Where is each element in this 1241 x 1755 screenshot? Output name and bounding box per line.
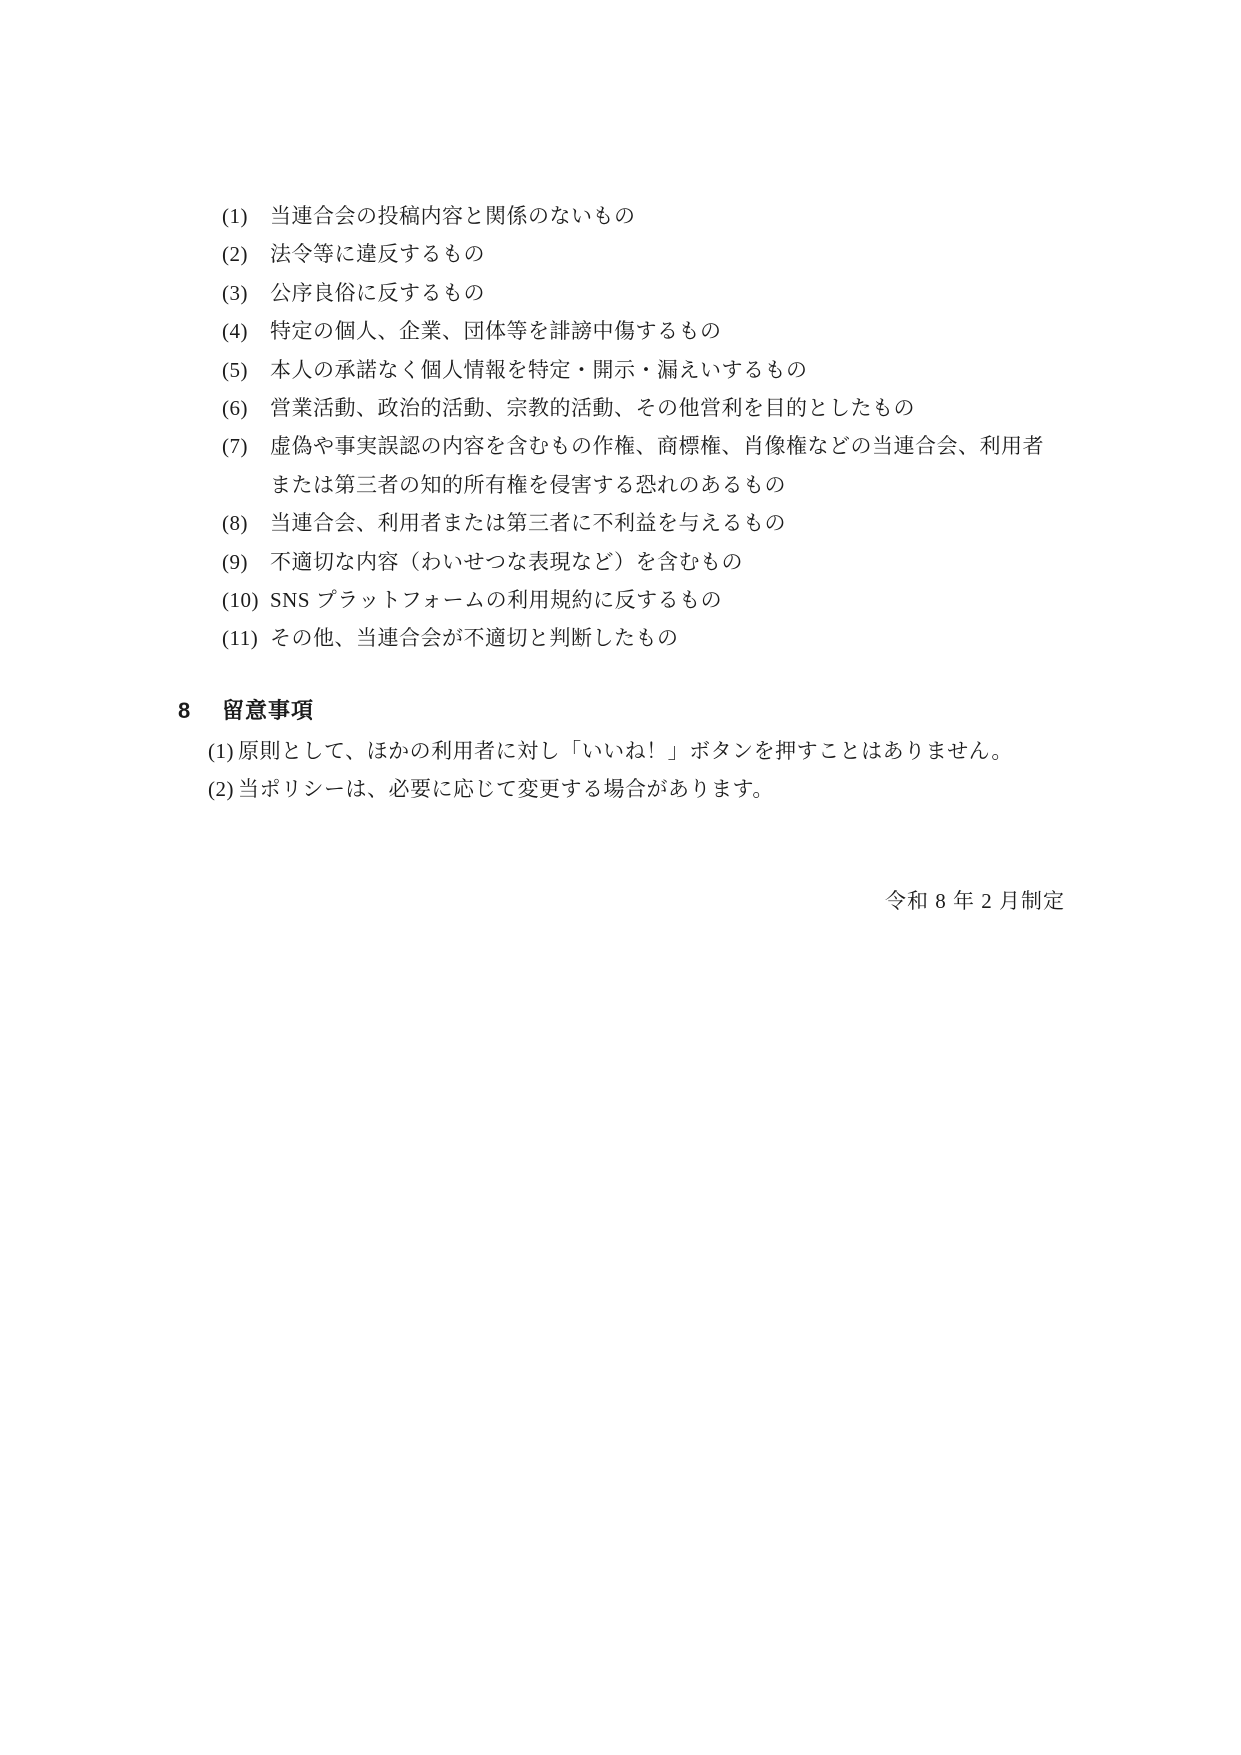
item-marker: (3) <box>222 274 270 312</box>
item-text: 原則として、ほかの利用者に対し「いいね！」ボタンを押すことはありません。 <box>238 733 1088 771</box>
item-marker: (4) <box>222 312 270 350</box>
list-item: (10) SNS プラットフォームの利用規約に反するもの <box>222 581 1070 619</box>
item-text: SNS プラットフォームの利用規約に反するもの <box>270 581 1070 619</box>
list-item: (8) 当連合会、利用者または第三者に不利益を与えるもの <box>222 504 1070 542</box>
item-marker: (2) <box>222 235 270 273</box>
list-item: (1) 当連合会の投稿内容と関係のないもの <box>222 197 1070 235</box>
item-text-line2: または第三者の知的所有権を侵害する恐れのあるもの <box>270 466 1070 504</box>
item-text: 法令等に違反するもの <box>270 235 1070 273</box>
list-item: (6) 営業活動、政治的活動、宗教的活動、その他営利を目的としたもの <box>222 389 1070 427</box>
item-text: 特定の個人、企業、団体等を誹謗中傷するもの <box>270 312 1070 350</box>
item-marker: (5) <box>222 351 270 389</box>
item-text-line1: 虚偽や事実誤認の内容を含むもの作権、商標権、肖像権などの当連合会、利用者 <box>270 427 1070 465</box>
list-item: (2) 当ポリシーは、必要に応じて変更する場合があります。 <box>208 771 1088 809</box>
item-text: 公序良俗に反するもの <box>270 274 1070 312</box>
item-marker: (1) <box>222 197 270 235</box>
item-text: 本人の承諾なく個人情報を特定・開示・漏えいするもの <box>270 351 1070 389</box>
list-item: (4) 特定の個人、企業、団体等を誹謗中傷するもの <box>222 312 1070 350</box>
item-text: 営業活動、政治的活動、宗教的活動、その他営利を目的としたもの <box>270 389 1070 427</box>
item-text: 虚偽や事実誤認の内容を含むもの作権、商標権、肖像権などの当連合会、利用者 または… <box>270 427 1070 504</box>
item-text: 当連合会の投稿内容と関係のないもの <box>270 197 1070 235</box>
item-text: 当連合会、利用者または第三者に不利益を与えるもの <box>270 504 1070 542</box>
section-heading: 8留意事項 <box>178 697 314 725</box>
item-marker: (7) <box>222 427 270 465</box>
item-marker: (6) <box>222 389 270 427</box>
item-marker: (8) <box>222 504 270 542</box>
enactment-date: 令和 8 年 2 月制定 <box>885 886 1065 916</box>
section-title: 留意事項 <box>222 698 314 723</box>
notes-list: (1) 原則として、ほかの利用者に対し「いいね！」ボタンを押すことはありません。… <box>208 733 1088 808</box>
list-item: (2) 法令等に違反するもの <box>222 235 1070 273</box>
list-item: (11) その他、当連合会が不適切と判断したもの <box>222 619 1070 657</box>
item-marker: (9) <box>222 543 270 581</box>
item-marker: (2) <box>208 771 238 809</box>
item-text: 不適切な内容（わいせつな表現など）を含むもの <box>270 543 1070 581</box>
list-item: (3) 公序良俗に反するもの <box>222 274 1070 312</box>
item-text: 当ポリシーは、必要に応じて変更する場合があります。 <box>238 771 1088 809</box>
list-item: (9) 不適切な内容（わいせつな表現など）を含むもの <box>222 543 1070 581</box>
document-page: (1) 当連合会の投稿内容と関係のないもの (2) 法令等に違反するもの (3)… <box>0 0 1241 1755</box>
item-text: その他、当連合会が不適切と判断したもの <box>270 619 1070 657</box>
section-number: 8 <box>178 697 222 725</box>
item-marker: (1) <box>208 733 238 771</box>
prohibited-items-list: (1) 当連合会の投稿内容と関係のないもの (2) 法令等に違反するもの (3)… <box>222 197 1070 658</box>
list-item: (7) 虚偽や事実誤認の内容を含むもの作権、商標権、肖像権などの当連合会、利用者… <box>222 427 1070 504</box>
list-item: (1) 原則として、ほかの利用者に対し「いいね！」ボタンを押すことはありません。 <box>208 733 1088 771</box>
list-item: (5) 本人の承諾なく個人情報を特定・開示・漏えいするもの <box>222 351 1070 389</box>
item-marker: (11) <box>222 619 270 657</box>
item-marker: (10) <box>222 581 270 619</box>
